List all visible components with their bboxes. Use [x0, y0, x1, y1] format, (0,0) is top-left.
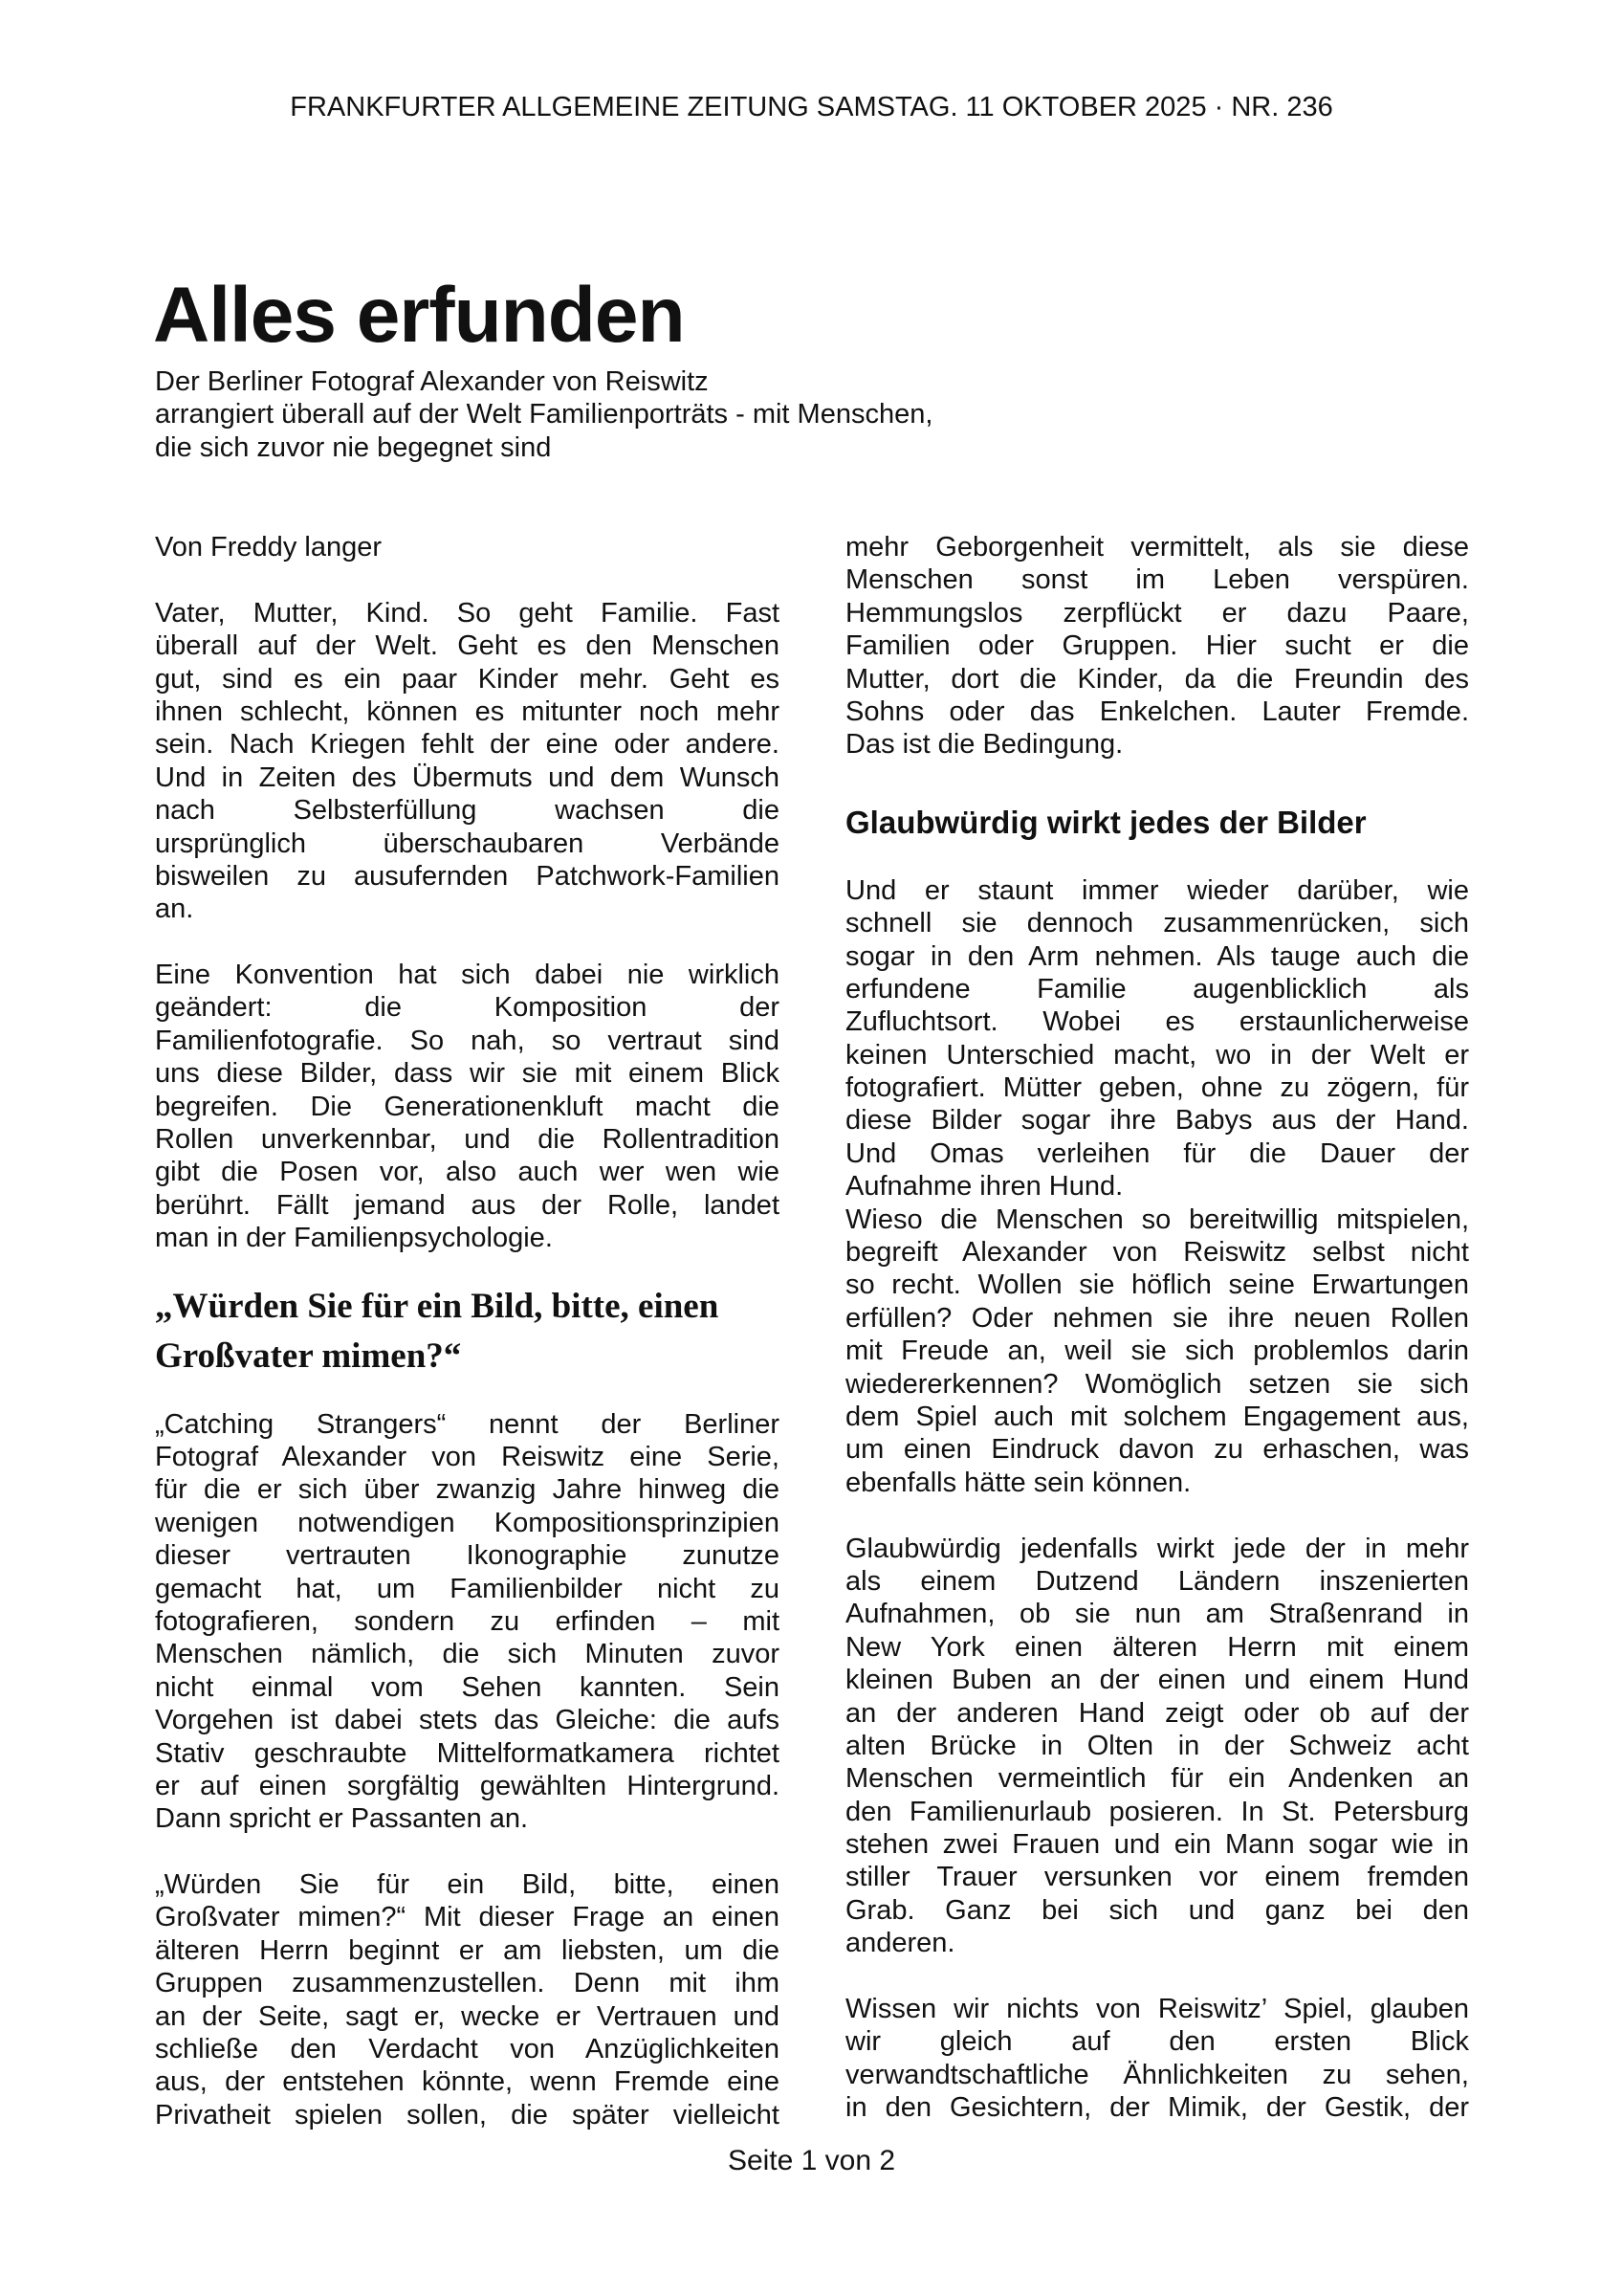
text-line: Glaubwürdig jedenfalls wirkt jede der in… — [845, 1533, 1469, 1565]
text-line: an. — [155, 893, 779, 925]
text-line: erfundene Familie augenblicklich als — [845, 973, 1469, 1005]
text-line: Mutter, dort die Kinder, da die Freundin… — [845, 663, 1469, 695]
masthead: FRANKFURTER ALLGEMEINE ZEITUNG SAMSTAG. … — [0, 92, 1623, 123]
text-line: Großvater mimen?“ Mit dieser Frage an ei… — [155, 1901, 779, 1933]
text-line: gibt die Posen vor, also auch wer wen wi… — [155, 1156, 779, 1188]
text-line: Und Omas verleihen für die Dauer der — [845, 1137, 1469, 1170]
text-line: gut, sind es ein paar Kinder mehr. Geht … — [155, 663, 779, 695]
text-line: schließe den Verdacht von Anzüglichkeite… — [155, 2033, 779, 2065]
left-column: Von Freddy langer Vater, Mutter, Kind. S… — [155, 531, 779, 2131]
text-line: um einen Eindruck davon zu erhaschen, wa… — [845, 1433, 1469, 1466]
text-line: Stativ geschraubte Mittelformatkamera ri… — [155, 1737, 779, 1770]
text-line: ebenfalls hätte sein können. — [845, 1467, 1469, 1499]
text-line: Menschen sonst im Leben verspüren. — [845, 563, 1469, 596]
text-line: Wieso die Menschen so bereitwillig mitsp… — [845, 1203, 1469, 1236]
text-line: Grab. Ganz bei sich und ganz bei den — [845, 1894, 1469, 1927]
text-line: schnell sie dennoch zusammenrücken, sich — [845, 907, 1469, 939]
text-line: diese Bilder sogar ihre Babys aus der Ha… — [845, 1104, 1469, 1137]
text-line: dieser vertrauten Ikonographie zunutze — [155, 1539, 779, 1572]
text-line: an der anderen Hand zeigt oder ob auf de… — [845, 1697, 1469, 1730]
text-line: für die er sich über zwanzig Jahre hinwe… — [155, 1473, 779, 1506]
text-line: Gruppen zusammenzustellen. Denn mit ihm — [155, 1967, 779, 1999]
text-line: Rollen unverkennbar, und die Rollentradi… — [155, 1123, 779, 1156]
text-line: Familien oder Gruppen. Hier sucht er die — [845, 629, 1469, 662]
text-line: Aufnahme ihren Hund. — [845, 1170, 1469, 1203]
text-line: dem Spiel auch mit solchem Engagement au… — [845, 1401, 1469, 1433]
text-line: fotografieren, sondern zu erfinden – mit — [155, 1605, 779, 1638]
paragraph: Vater, Mutter, Kind. So geht Familie. Fa… — [155, 597, 779, 926]
paragraph: „Würden Sie für ein Bild, bitte, einen G… — [155, 1868, 779, 2131]
paragraph: mehr Geborgenheit vermittelt, als sie di… — [845, 531, 1469, 762]
text-line: so recht. Wollen sie höflich seine Erwar… — [845, 1269, 1469, 1301]
text-line: an der Seite, sagt er, wecke er Vertraue… — [155, 2000, 779, 2033]
text-line: anderen. — [845, 1927, 1469, 1959]
paragraph: Und er staunt immer wieder darüber, wie … — [845, 874, 1469, 1203]
text-line: ursprünglich überschaubaren Verbände — [155, 828, 779, 860]
page-number: Seite 1 von 2 — [0, 2145, 1623, 2177]
text-line: fotografiert. Mütter geben, ohne zu zöge… — [845, 1071, 1469, 1104]
text-line: Familienfotografie. So nah, so vertraut … — [155, 1025, 779, 1057]
text-line: mehr Geborgenheit vermittelt, als sie di… — [845, 531, 1469, 563]
text-line: kleinen Buben an der einen und einem Hun… — [845, 1664, 1469, 1696]
text-line: Das ist die Bedingung. — [845, 728, 1469, 761]
article-subtitle: Der Berliner Fotograf Alexander von Reis… — [155, 365, 932, 464]
article-title: Alles erfunden — [153, 270, 685, 362]
text-line: Eine Konvention hat sich dabei nie wirkl… — [155, 959, 779, 991]
subtitle-line: Der Berliner Fotograf Alexander von Reis… — [155, 365, 932, 398]
text-line: mit Freude an, weil sie sich problemlos … — [845, 1335, 1469, 1367]
text-line: als einem Dutzend Ländern inszenierten — [845, 1565, 1469, 1598]
text-line: nach Selbsterfüllung wachsen die — [155, 794, 779, 827]
text-line: er auf einen sorgfältig gewählten Hinter… — [155, 1770, 779, 1802]
section-heading: „Würden Sie für ein Bild, bitte, einen G… — [155, 1282, 779, 1381]
text-line: Und er staunt immer wieder darüber, wie — [845, 874, 1469, 907]
text-line: den Familienurlaub posieren. In St. Pete… — [845, 1796, 1469, 1828]
text-line: überall auf der Welt. Geht es den Mensch… — [155, 629, 779, 662]
text-line: begreifen. Die Generationenkluft macht d… — [155, 1091, 779, 1123]
paragraph: Glaubwürdig jedenfalls wirkt jede der in… — [845, 1533, 1469, 1960]
paragraph: Eine Konvention hat sich dabei nie wirkl… — [155, 959, 779, 1255]
text-line: begreift Alexander von Reiswitz selbst n… — [845, 1236, 1469, 1269]
text-line: sein. Nach Kriegen fehlt der eine oder a… — [155, 728, 779, 761]
text-line: erfüllen? Oder nehmen sie ihre neuen Rol… — [845, 1302, 1469, 1335]
text-line: „Catching Strangers“ nennt der Berliner — [155, 1408, 779, 1441]
text-line: stiller Trauer versunken vor einem fremd… — [845, 1861, 1469, 1893]
text-line: Menschen nämlich, die sich Minuten zuvor — [155, 1638, 779, 1670]
text-line: bisweilen zu ausufernden Patchwork-Famil… — [155, 860, 779, 893]
text-line: sogar in den Arm nehmen. Als tauge auch … — [845, 940, 1469, 973]
heading-line: „Würden Sie für ein Bild, bitte, einen — [155, 1282, 779, 1332]
text-line: stehen zwei Frauen und ein Mann sogar wi… — [845, 1828, 1469, 1861]
subtitle-line: die sich zuvor nie begegnet sind — [155, 431, 932, 464]
byline: Von Freddy langer — [155, 531, 779, 563]
text-line: aus, der entstehen könnte, wenn Fremde e… — [155, 2065, 779, 2098]
text-line: man in der Familienpsychologie. — [155, 1222, 779, 1254]
text-line: Und in Zeiten des Übermuts und dem Wunsc… — [155, 762, 779, 794]
text-line: „Würden Sie für ein Bild, bitte, einen — [155, 1868, 779, 1901]
paragraph: Wieso die Menschen so bereitwillig mitsp… — [845, 1203, 1469, 1500]
text-line: wenigen notwendigen Kompositionsprinzipi… — [155, 1507, 779, 1539]
section-heading: Glaubwürdig wirkt jedes der Bilder — [845, 804, 1469, 842]
subtitle-line: arrangiert überall auf der Welt Familien… — [155, 398, 932, 430]
text-line: Menschen vermeintlich für ein Andenken a… — [845, 1762, 1469, 1795]
text-line: uns diese Bilder, dass wir sie mit einem… — [155, 1057, 779, 1090]
text-line: wiedererkennen? Womöglich setzen sie sic… — [845, 1368, 1469, 1401]
text-line: wir gleich auf den ersten Blick — [845, 2025, 1469, 2058]
text-line: Fotograf Alexander von Reiswitz eine Ser… — [155, 1441, 779, 1473]
text-line: Dann spricht er Passanten an. — [155, 1802, 779, 1835]
text-line: nicht einmal vom Sehen kannten. Sein — [155, 1671, 779, 1704]
text-line: Zufluchtsort. Wobei es erstaunlicherweis… — [845, 1005, 1469, 1038]
text-line: Vorgehen ist dabei stets das Gleiche: di… — [155, 1704, 779, 1736]
text-line: älteren Herrn beginnt er am liebsten, um… — [155, 1934, 779, 1967]
paragraph: „Catching Strangers“ nennt der Berliner … — [155, 1408, 779, 1836]
text-line: alten Brücke in Olten in der Schweiz ach… — [845, 1730, 1469, 1762]
text-line: keinen Unterschied macht, wo in der Welt… — [845, 1039, 1469, 1071]
paragraph: Wissen wir nichts von Reiswitz’ Spiel, g… — [845, 1993, 1469, 2125]
right-column: mehr Geborgenheit vermittelt, als sie di… — [845, 531, 1469, 2125]
heading-line: Großvater mimen?“ — [155, 1332, 779, 1381]
text-line: berührt. Fällt jemand aus der Rolle, lan… — [155, 1189, 779, 1222]
text-line: gemacht hat, um Familienbilder nicht zu — [155, 1573, 779, 1605]
text-line: Privatheit spielen sollen, die später vi… — [155, 2099, 779, 2131]
text-line: verwandtschaftliche Ähnlichkeiten zu seh… — [845, 2059, 1469, 2091]
text-line: New York einen älteren Herrn mit einem — [845, 1631, 1469, 1664]
text-line: in den Gesichtern, der Mimik, der Gestik… — [845, 2091, 1469, 2124]
text-line: Aufnahmen, ob sie nun am Straßenrand in — [845, 1598, 1469, 1630]
text-line: Hemmungslos zerpflückt er dazu Paare, — [845, 597, 1469, 629]
text-line: geändert: die Komposition der — [155, 991, 779, 1024]
text-line: Vater, Mutter, Kind. So geht Familie. Fa… — [155, 597, 779, 629]
text-line: ihnen schlecht, können es mitunter noch … — [155, 695, 779, 728]
text-line: Wissen wir nichts von Reiswitz’ Spiel, g… — [845, 1993, 1469, 2025]
text-line: Sohns oder das Enkelchen. Lauter Fremde. — [845, 695, 1469, 728]
